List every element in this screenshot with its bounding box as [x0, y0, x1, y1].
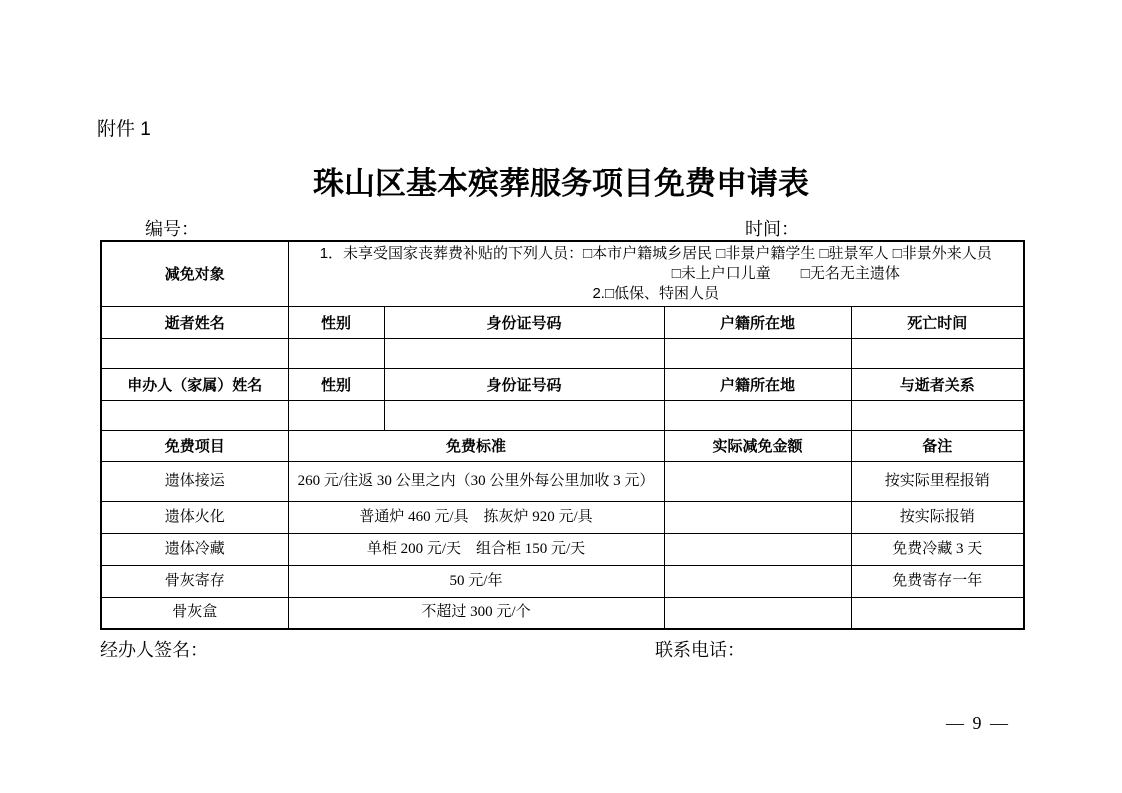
applicant-relation-header: 与逝者关系	[851, 368, 1024, 400]
target-option-line1: 1．未享受国家丧葬费补贴的下列人员：□本市户籍城乡居民 □非景户籍学生 □驻景军…	[293, 244, 1020, 264]
applicant-header-row: 申办人（家属）姓名 性别 身份证号码 户籍所在地 与逝者关系	[101, 368, 1024, 400]
page-title: 珠山区基本殡葬服务项目免费申请表	[0, 158, 1122, 203]
input-cell	[384, 400, 664, 430]
input-cell	[288, 400, 384, 430]
remark-cell	[851, 597, 1024, 629]
item-standard: 单柜 200 元/天 组合柜 150 元/天	[288, 533, 664, 565]
item-standard: 不超过 300 元/个	[288, 597, 664, 629]
operator-signature-label: 经办人签名：	[100, 636, 208, 662]
applicant-id-header: 身份证号码	[384, 368, 664, 400]
remark-cell: 按实际里程报销	[851, 461, 1024, 501]
item-row-cremation: 遗体火化 普通炉 460 元/具 拣灰炉 920 元/具 按实际报销	[101, 501, 1024, 533]
item-name: 骨灰寄存	[101, 565, 288, 597]
attachment-label: 附件 1	[97, 114, 151, 141]
deceased-death-time-header: 死亡时间	[851, 306, 1024, 338]
item-name: 遗体冷藏	[101, 533, 288, 565]
item-standard: 260 元/往返 30 公里之内（30 公里外每公里加收 3 元）	[288, 461, 664, 501]
item-amount-header: 实际减免金额	[664, 430, 851, 461]
item-row-body-transport: 遗体接运 260 元/往返 30 公里之内（30 公里外每公里加收 3 元） 按…	[101, 461, 1024, 501]
input-cell	[288, 338, 384, 368]
amount-cell	[664, 565, 851, 597]
remark-cell: 免费冷藏 3 天	[851, 533, 1024, 565]
page-number: — 9 —	[946, 713, 1010, 734]
input-cell	[851, 400, 1024, 430]
target-option-line3: 2.□低保、特困人员	[293, 284, 1020, 304]
item-name: 骨灰盒	[101, 597, 288, 629]
item-name: 遗体接运	[101, 461, 288, 501]
amount-cell	[664, 533, 851, 565]
item-row-cold-storage: 遗体冷藏 单柜 200 元/天 组合柜 150 元/天 免费冷藏 3 天	[101, 533, 1024, 565]
input-cell	[101, 338, 288, 368]
amount-cell	[664, 597, 851, 629]
item-standard-header: 免费标准	[288, 430, 664, 461]
item-standard: 50 元/年	[288, 565, 664, 597]
deceased-input-row	[101, 338, 1024, 368]
remark-cell: 按实际报销	[851, 501, 1024, 533]
item-standard: 普通炉 460 元/具 拣灰炉 920 元/具	[288, 501, 664, 533]
deceased-residence-header: 户籍所在地	[664, 306, 851, 338]
item-row-ash-storage: 骨灰寄存 50 元/年 免费寄存一年	[101, 565, 1024, 597]
item-remark-header: 备注	[851, 430, 1024, 461]
input-cell	[664, 400, 851, 430]
input-cell	[101, 400, 288, 430]
amount-cell	[664, 461, 851, 501]
item-row-ash-urn: 骨灰盒 不超过 300 元/个	[101, 597, 1024, 629]
amount-cell	[664, 501, 851, 533]
items-header-row: 免费项目 免费标准 实际减免金额 备注	[101, 430, 1024, 461]
serial-number-label: 编号：	[145, 215, 199, 241]
deceased-name-header: 逝者姓名	[101, 306, 288, 338]
input-cell	[851, 338, 1024, 368]
contact-phone-label: 联系电话：	[655, 636, 745, 662]
input-cell	[384, 338, 664, 368]
applicant-name-header: 申办人（家属）姓名	[101, 368, 288, 400]
item-name-header: 免费项目	[101, 430, 288, 461]
applicant-residence-header: 户籍所在地	[664, 368, 851, 400]
time-label: 时间：	[745, 215, 799, 241]
item-name: 遗体火化	[101, 501, 288, 533]
exemption-target-label: 减免对象	[101, 241, 288, 306]
target-option-line2: □未上户口儿童 □无名无主遗体	[293, 264, 1020, 284]
exemption-target-options: 1．未享受国家丧葬费补贴的下列人员：□本市户籍城乡居民 □非景户籍学生 □驻景军…	[288, 241, 1024, 306]
deceased-gender-header: 性别	[288, 306, 384, 338]
exemption-target-row: 减免对象 1．未享受国家丧葬费补贴的下列人员：□本市户籍城乡居民 □非景户籍学生…	[101, 241, 1024, 306]
applicant-input-row	[101, 400, 1024, 430]
deceased-header-row: 逝者姓名 性别 身份证号码 户籍所在地 死亡时间	[101, 306, 1024, 338]
applicant-gender-header: 性别	[288, 368, 384, 400]
input-cell	[664, 338, 851, 368]
document-page: 附件 1 珠山区基本殡葬服务项目免费申请表 编号： 时间： 减免对象 1．未享受…	[0, 0, 1122, 793]
remark-cell: 免费寄存一年	[851, 565, 1024, 597]
application-table: 减免对象 1．未享受国家丧葬费补贴的下列人员：□本市户籍城乡居民 □非景户籍学生…	[100, 240, 1025, 630]
deceased-id-header: 身份证号码	[384, 306, 664, 338]
